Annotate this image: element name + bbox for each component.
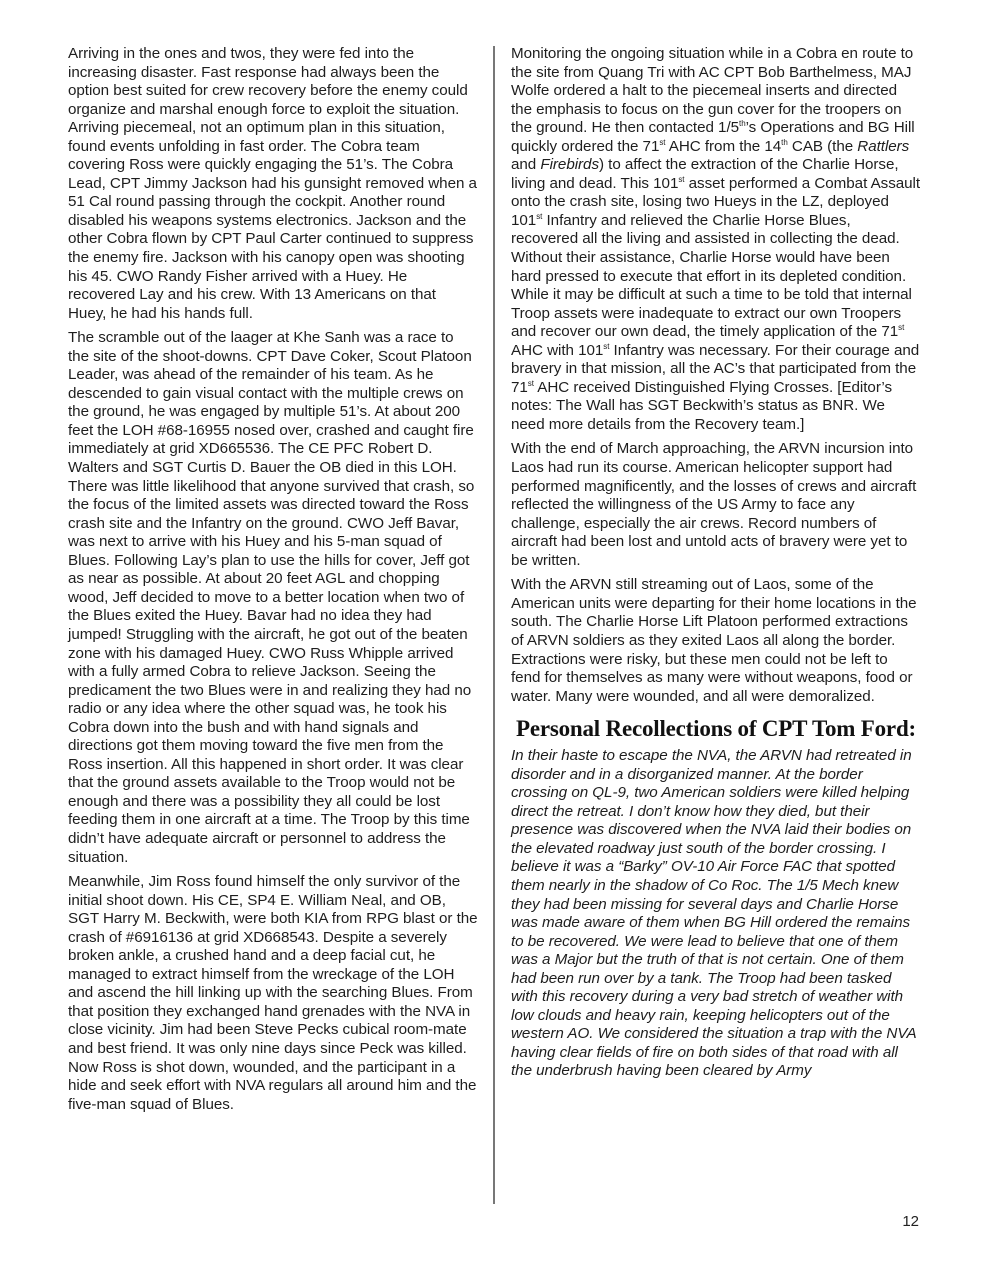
right-column: Monitoring the ongoing situation while i… xyxy=(511,45,921,1087)
unit-name-firebirds: Firebirds xyxy=(540,156,599,173)
document-page: Arriving in the ones and twos, they were… xyxy=(0,0,989,1280)
paragraph-monitoring: Monitoring the ongoing situation while i… xyxy=(511,45,921,434)
unit-name-rattlers: Rattlers xyxy=(857,138,909,155)
paragraph-arvn-streaming: With the ARVN still streaming out of Lao… xyxy=(511,576,921,706)
paragraph-scramble: The scramble out of the laager at Khe Sa… xyxy=(68,329,478,867)
page-number: 12 xyxy=(902,1213,919,1230)
paragraph-recollection: In their haste to escape the NVA, the AR… xyxy=(511,747,921,1081)
left-column: Arriving in the ones and twos, they were… xyxy=(68,45,478,1120)
paragraph-arriving: Arriving in the ones and twos, they were… xyxy=(68,45,478,323)
column-divider xyxy=(493,46,495,1204)
section-heading: Personal Recollections of CPT Tom Ford: xyxy=(511,714,921,743)
paragraph-end-of-march: With the end of March approaching, the A… xyxy=(511,440,921,570)
paragraph-meanwhile: Meanwhile, Jim Ross found himself the on… xyxy=(68,873,478,1114)
